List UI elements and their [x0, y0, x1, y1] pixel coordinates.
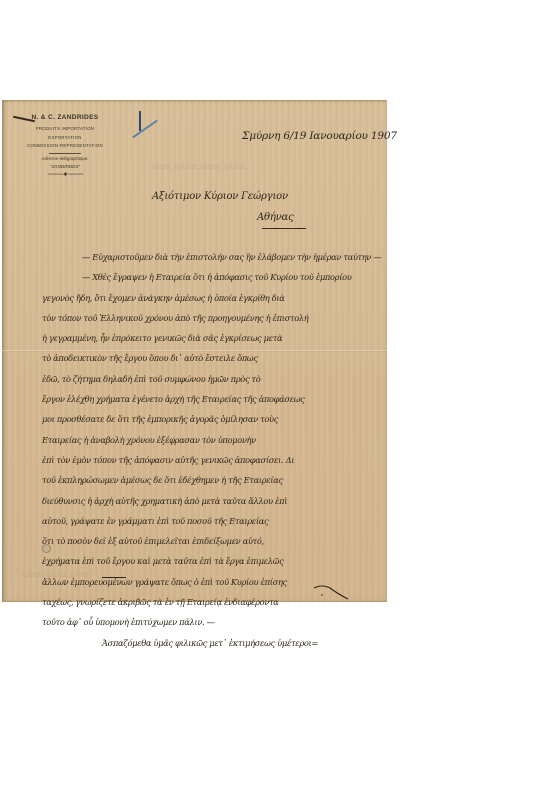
- signature-flourish-icon: [312, 583, 352, 601]
- letter-body-line: τὸν τόπον τοῦ Ἐλληνικοῦ χρόνου ἀπὸ τῆς π…: [42, 308, 382, 328]
- letter-date: Σμύρνη 6/19 Ιανουαρίου 1907: [242, 130, 397, 142]
- letter-body-line: αὐτοῦ, γράψατε ἐν γράμματι ἐπὶ τοῦ ποσοῦ…: [42, 511, 382, 531]
- letter-body-line: γεγονὸς ἤδη, ὅτι ἔχομεν ἀνάγκην ἀμέσως ἡ…: [42, 288, 382, 308]
- letter-body-line: — Χθὲς ἔγραψεν ἡ Εταιρεία ὅτι ἡ ἀπόφασις…: [42, 267, 382, 287]
- blue-pencil-mark: [139, 111, 141, 131]
- letter-body-line: τὸ ἀποδεικτικὸν τῆς ἔργου ὅπου δι᾽ αὐτὸ …: [42, 348, 382, 368]
- bleed-through-text: ωσα ηλλα ωσα ηλλα: [152, 162, 245, 172]
- address-underline: [262, 228, 306, 229]
- blue-pencil-mark: [132, 120, 158, 139]
- letterhead-company-name: N. & C. ZANDRIDES: [10, 114, 120, 121]
- letterhead-rule: [49, 153, 81, 154]
- letter-body-line: ἡ γεγραμμένη, ἦν ἐπρόκειτο γενικῶς διὰ σ…: [42, 328, 382, 348]
- letter-body-line: ἐχρήματα ἐπὶ τοῦ ἔργου καὶ μετὰ ταῦτα ἐπ…: [42, 551, 382, 571]
- letter-body-line: Εταιρείας ἡ ἀναβολὴ χρόνου ἐξέφρασαν τὸν…: [42, 430, 382, 450]
- letter-body-line: μοι προσθέσατε δε ὅτι τῆς ἐμπορικῆς ἀγορ…: [42, 409, 382, 429]
- letter-body-line: διεύθυνσις ἡ ἀρχὴ αὐτῆς χρηματικὴ ἀπὸ με…: [42, 491, 382, 511]
- letter-body-line: ὅτι τὸ ποσὸν δεῖ ἐξ αὐτοῦ ἐπιμελεῖται ἐπ…: [42, 531, 382, 551]
- letterhead-line: PRODUITS IMPORTATION: [10, 125, 120, 134]
- letter-body-line: ἐδῶ, τὸ ζήτημα δηλαδὴ ἐπὶ τοῦ συμφώνου ἡ…: [42, 369, 382, 389]
- letterhead: N. & C. ZANDRIDES PRODUITS IMPORTATION E…: [10, 114, 120, 179]
- letter-body-line: — Εὐχαριστοῦμεν διὰ τὴν ἐπιστολήν σας ἣν…: [42, 247, 382, 267]
- letter-body-line: ἔργον ἐλέχθη χρήματα ἐγένετο ἀρχὴ τῆς Ετ…: [42, 389, 382, 409]
- letterhead-ornament-icon: ~~~~✦~~~~: [10, 171, 120, 179]
- letter-body-line: τοῦ ἐκπληρώσωμεν ἀμέσως δε ὅτι ἐδέχθημεν…: [42, 470, 382, 490]
- letter-body-line: ἐπὶ τὸν ἐμὸν τόπον τῆς ἀπόφασιν αὐτῆς γε…: [42, 450, 382, 470]
- closing-dash: [102, 577, 126, 578]
- letterhead-line: Adresse télégraphique:: [10, 155, 120, 163]
- recipient-city: Αθήνας: [257, 212, 293, 223]
- letterhead-line: EXPORTATION: [10, 134, 120, 143]
- letter-page: ωσα ηλλα ωσα ηλλα ωσα ηλλα ωσα N. & C. Z…: [2, 100, 387, 602]
- letter-body-line: Ἀσπαζόμεθα ὑμᾶς φιλικῶς μετ᾽ ἐκτιμήσεως …: [42, 633, 382, 653]
- letter-body-line: τοῦτο ἀφ᾽ οὗ ὑπομονὴ ἐπιτύχωμεν πάλιν. —: [42, 612, 382, 632]
- letterhead-line: COMMISSION-REPRESENTATION: [10, 142, 120, 151]
- recipient-name: Αξιότιμον Κύριον Γεώργιον: [152, 191, 288, 202]
